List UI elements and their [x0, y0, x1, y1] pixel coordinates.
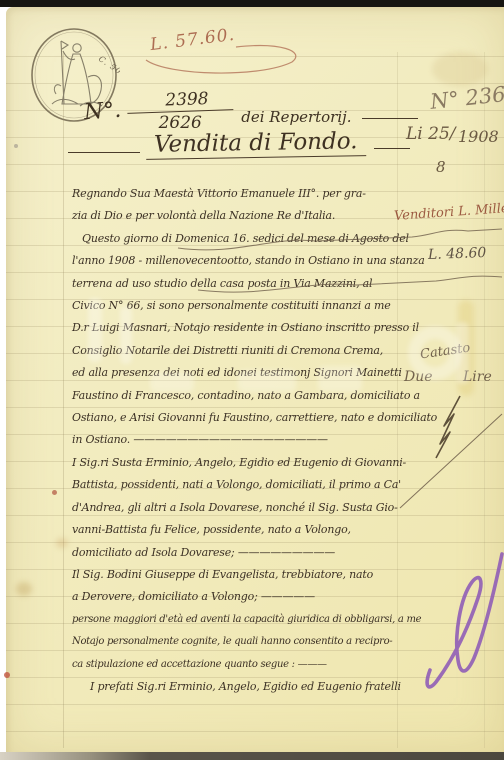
doc-line: in Ostiano. ——————————————————: [72, 429, 408, 451]
ink-dot: [14, 144, 18, 148]
doc-line: zia di Dio e per volontà della Nazione R…: [72, 205, 408, 227]
watermark-fragment: [150, 372, 194, 392]
doc-line: I Sig.ri Susta Erminio, Angelo, Egidio e…: [72, 452, 408, 474]
watermark-fragment: [238, 370, 296, 392]
corner-date-month: 8: [436, 158, 446, 176]
registry-number: N°. 2398 2626 dei Repertorij.: [84, 90, 418, 133]
watermark-fragment: [318, 366, 362, 392]
pen-dash: [374, 147, 410, 149]
margin-bracket-line: [196, 272, 504, 300]
ink-dot: [52, 490, 57, 495]
stamp-denomination: C. 50.: [97, 54, 120, 78]
margin-diagonal-line: [396, 408, 504, 512]
pencil-flourish: [138, 40, 314, 84]
ink-dot: [4, 672, 10, 678]
paper-stain: [432, 52, 488, 86]
doc-line: Battista, possidenti, nati a Volongo, do…: [72, 474, 408, 496]
doc-line: vanni-Battista fu Felice, possidente, na…: [72, 519, 408, 541]
doc-line: Ostiano, e Arisi Giovanni fu Faustino, c…: [72, 407, 408, 429]
document-body: Regnando Sua Maestà Vittorio Emanuele II…: [72, 183, 408, 698]
violet-pencil-flourish: [424, 550, 504, 698]
watermark-fragment: [456, 322, 469, 384]
doc-line: Regnando Sua Maestà Vittorio Emanuele II…: [72, 183, 408, 205]
repertorio-suffix: dei Repertorij.: [241, 108, 351, 126]
margin-rule-left: [63, 52, 64, 748]
photo-bottom-edge: [0, 752, 504, 760]
paper-stain: [56, 538, 68, 548]
doc-line: I prefati Sig.ri Erminio, Angelo, Egidio…: [72, 676, 408, 698]
pen-dash: [362, 118, 418, 119]
watermark-fragment: [88, 298, 102, 362]
document-title: Vendita di Fondo.: [146, 128, 366, 160]
doc-line: persone maggiori d'età ed aventi la capa…: [72, 609, 408, 631]
paper-stain: [16, 582, 32, 596]
page-root: { "colors": { "paper": "#f2ecc0", "ink":…: [0, 0, 504, 760]
margin-note-tax: L. 48.60: [428, 245, 487, 263]
watermark-fragment: [408, 326, 462, 380]
doc-line: a Derovere, domiciliato a Volongo; —————: [72, 586, 408, 608]
registry-fraction: 2398 2626: [127, 90, 233, 133]
acts-number: 2398: [127, 88, 234, 114]
doc-line: ca stipulazione ed accettazione quanto s…: [72, 654, 408, 676]
doc-line: Il Sig. Bodini Giuseppe di Evangelista, …: [72, 564, 408, 586]
pen-dash: [68, 151, 140, 153]
title-row: Vendita di Fondo.: [68, 130, 488, 158]
doc-line: domiciliato ad Isola Dovarese; —————————: [72, 542, 408, 564]
registry-no-label: N°.: [83, 98, 122, 126]
doc-line: Notajo personalmente cognite, le quali h…: [72, 631, 408, 653]
doc-line: d'Andrea, gli altri a Isola Dovarese, no…: [72, 497, 408, 519]
watermark-fragment: [120, 306, 132, 364]
photo-top-edge: [0, 0, 504, 7]
